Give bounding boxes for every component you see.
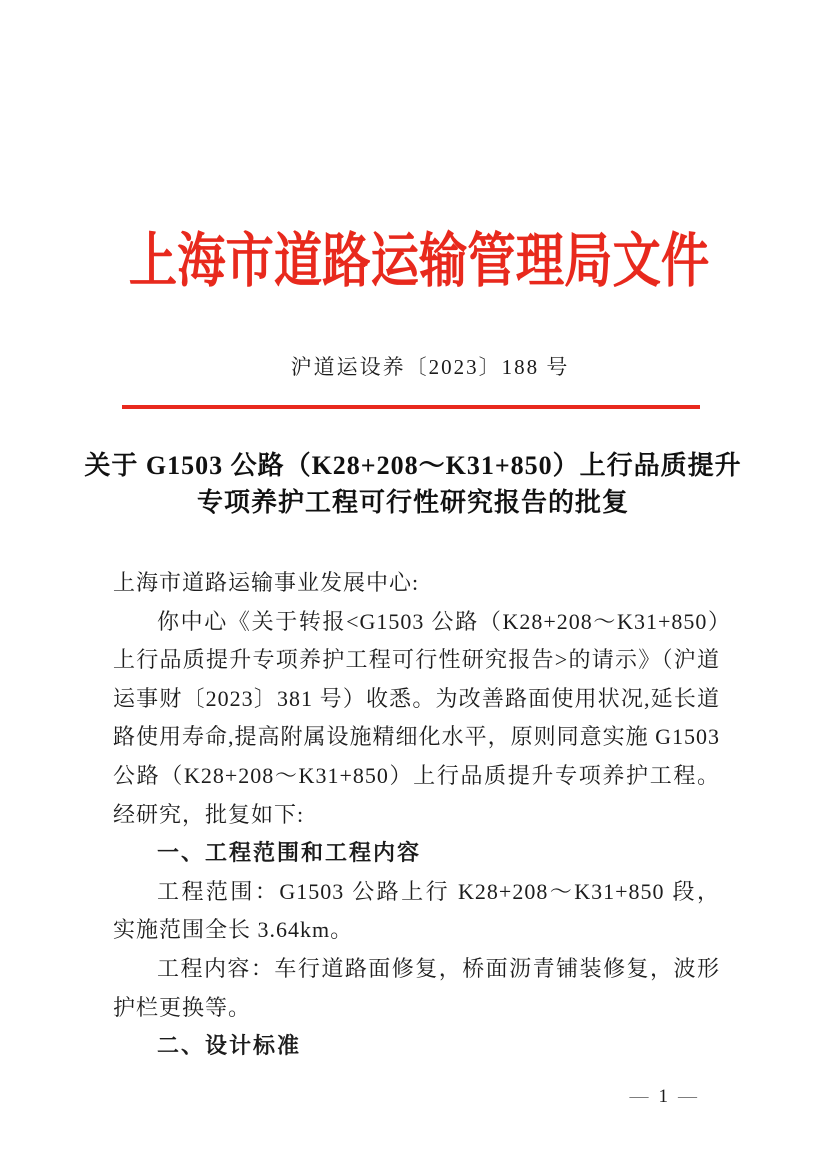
agency-letterhead-title: 上海市道路运输管理局文件 xyxy=(80,225,757,297)
document-body: 上海市道路运输事业发展中心: 你中心《关于转报<G1503 公路（K28+208… xyxy=(113,564,720,1066)
project-scope-paragraph: 工程范围：G1503 公路上行 K28+208～K31+850 段，实施范围全长… xyxy=(113,873,720,950)
project-content-paragraph: 工程内容：车行道路面修复，桥面沥青铺装修复，波形护栏更换等。 xyxy=(113,950,720,1027)
document-reference-number: 沪道运设养〔2023〕188 号 xyxy=(17,352,826,382)
official-document-page: 上海市道路运输管理局文件 沪道运设养〔2023〕188 号 关于 G1503 公… xyxy=(0,0,826,1169)
page-number-dash-left: — xyxy=(630,1086,649,1107)
section-2-heading: 二、设计标准 xyxy=(113,1027,720,1066)
page-number-dash-right: — xyxy=(678,1086,697,1107)
document-title-line2: 专项养护工程可行性研究报告的批复 xyxy=(0,484,826,521)
page-number: 1 xyxy=(659,1086,669,1107)
recipient-salutation: 上海市道路运输事业发展中心: xyxy=(113,564,720,603)
document-title: 关于 G1503 公路（K28+208～K31+850）上行品质提升 专项养护工… xyxy=(0,447,826,521)
page-number-footer: —1— xyxy=(630,1085,698,1109)
red-divider-line xyxy=(122,405,700,409)
intro-paragraph: 你中心《关于转报<G1503 公路（K28+208～K31+850）上行品质提升… xyxy=(113,603,720,835)
section-1-heading: 一、工程范围和工程内容 xyxy=(113,834,720,873)
document-title-line1: 关于 G1503 公路（K28+208～K31+850）上行品质提升 xyxy=(0,447,826,484)
